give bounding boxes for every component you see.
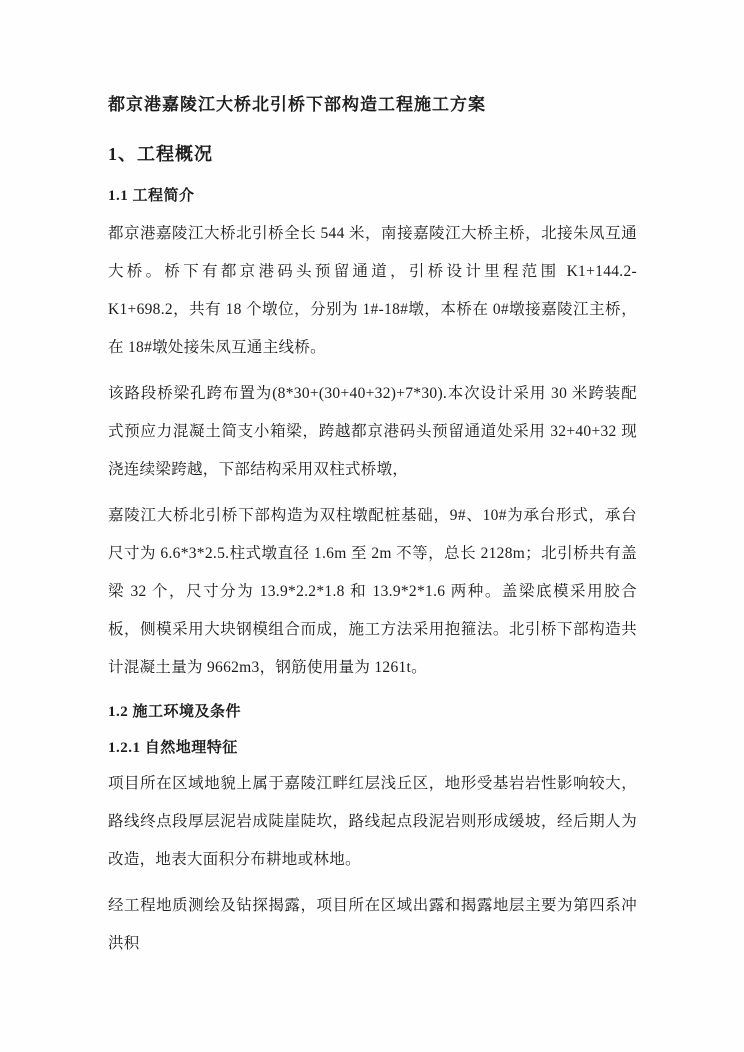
document-title: 都京港嘉陵江大桥北引桥下部构造工程施工方案 bbox=[108, 93, 637, 117]
section-heading-1: 1、工程概况 bbox=[108, 141, 637, 167]
paragraph-geology: 经工程地质测绘及钻探揭露，项目所在区域出露和揭露地层主要为第四系冲洪积 bbox=[108, 887, 637, 963]
section-heading-1-2-1: 1.2.1 自然地理特征 bbox=[108, 737, 637, 759]
paragraph-span-arrangement: 该路段桥梁孔跨布置为(8*30+(30+40+32)+7*30).本次设计采用 … bbox=[108, 375, 637, 489]
section-heading-1-2: 1.2 施工环境及条件 bbox=[108, 701, 637, 723]
section-heading-1-1: 1.1 工程简介 bbox=[108, 185, 637, 207]
paragraph-geography: 项目所在区域地貌上属于嘉陵江畔红层浅丘区，地形受基岩岩性影响较大，路线终点段厚层… bbox=[108, 765, 637, 879]
paragraph-substructure-details: 嘉陵江大桥北引桥下部构造为双柱墩配桩基础，9#、10#为承台形式，承台尺寸为 6… bbox=[108, 497, 637, 687]
document-page: 都京港嘉陵江大桥北引桥下部构造工程施工方案 1、工程概况 1.1 工程简介 都京… bbox=[0, 0, 744, 1052]
paragraph-bridge-overview: 都京港嘉陵江大桥北引桥全长 544 米，南接嘉陵江大桥主桥，北接朱凤互通大桥。桥… bbox=[108, 215, 637, 367]
